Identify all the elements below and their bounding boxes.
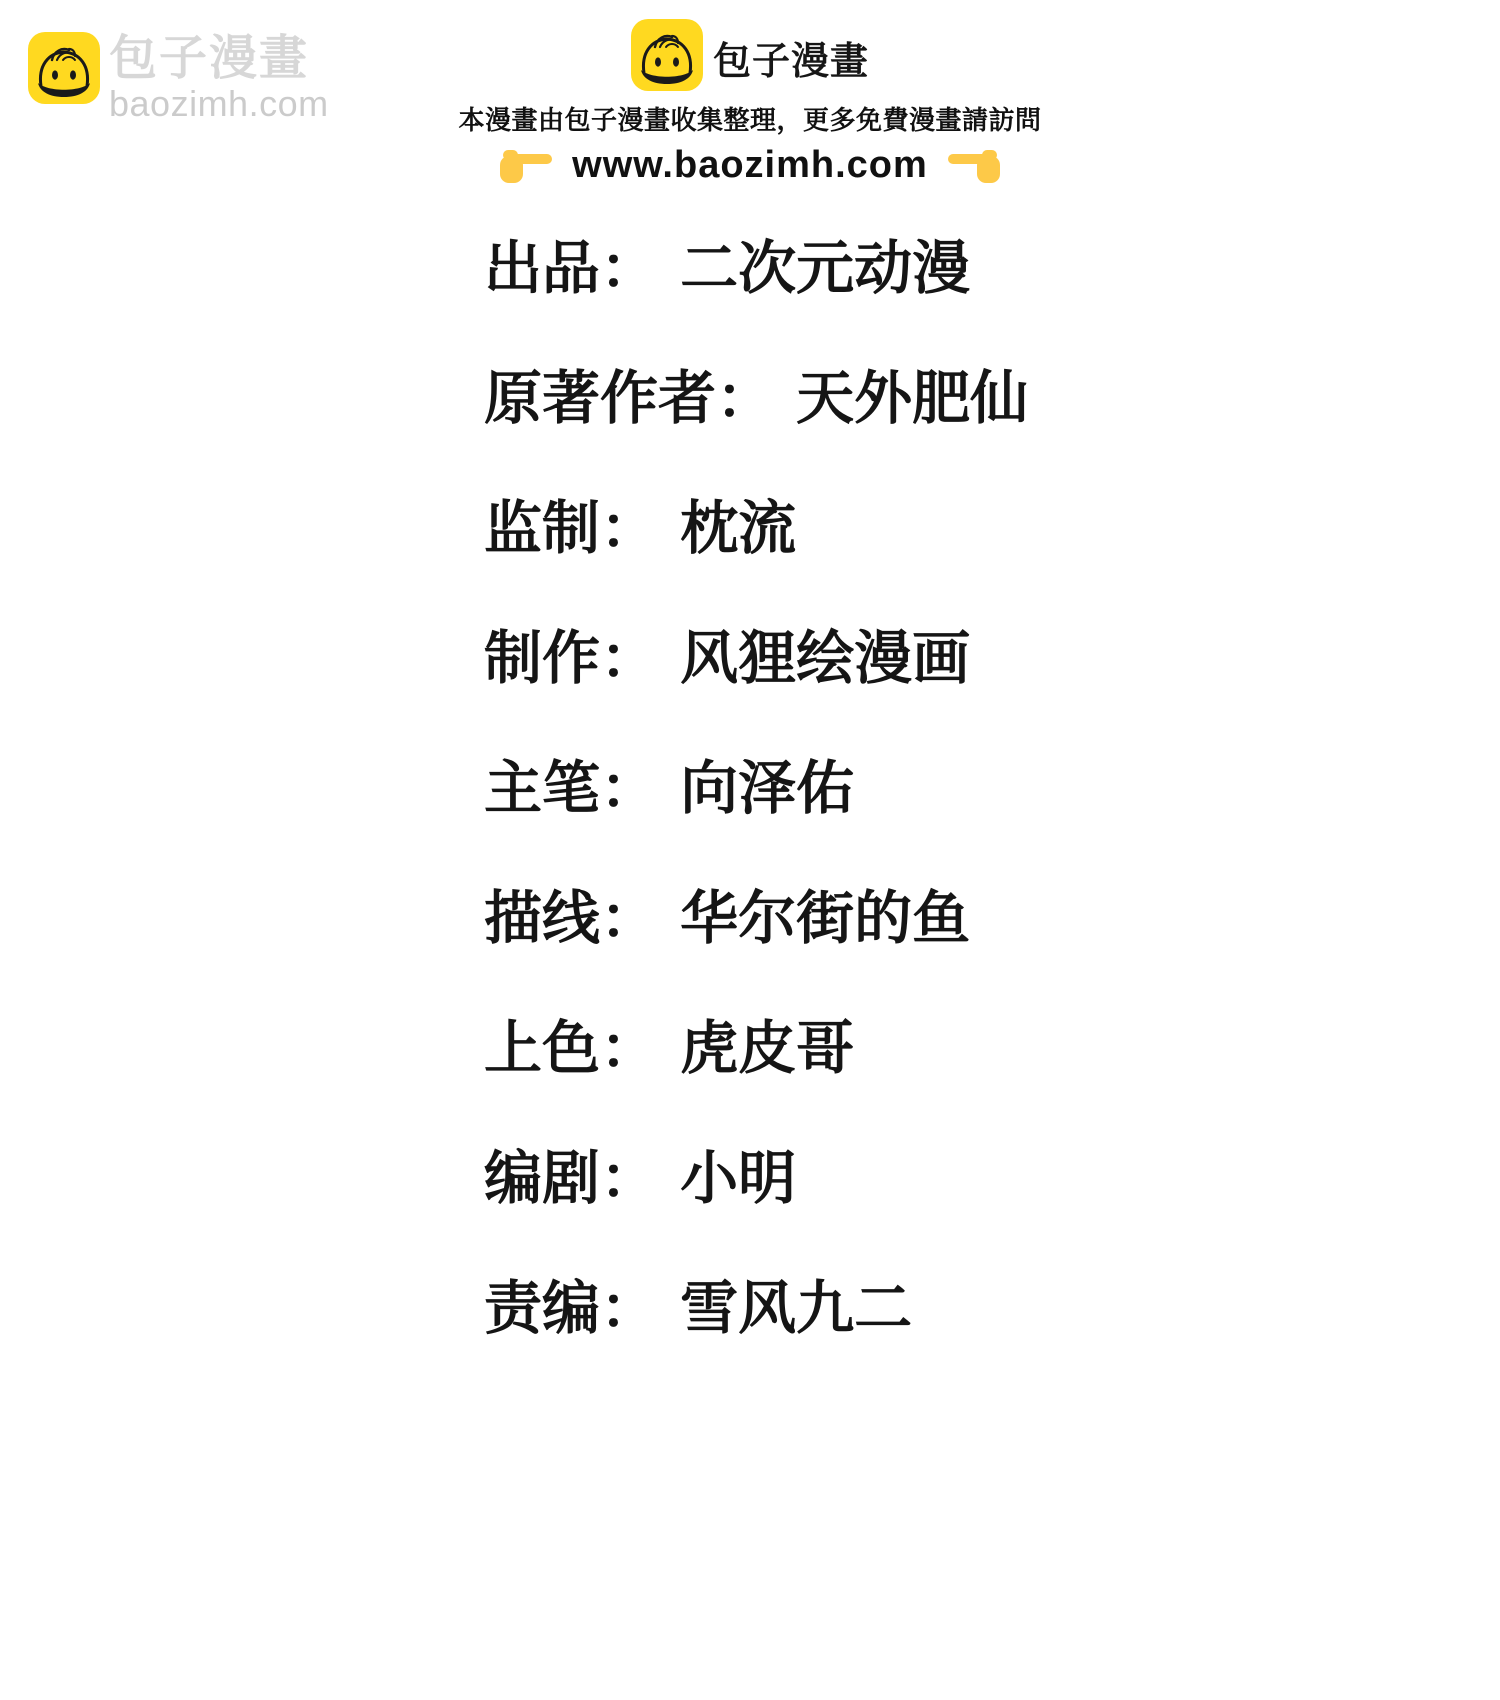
- credit-label: 编剧: [484, 1131, 600, 1215]
- credit-label: 上色: [484, 1001, 600, 1085]
- credit-row-supervisor: 监制：枕流: [484, 458, 1028, 588]
- baozi-bun-icon: [631, 19, 703, 96]
- credit-row-producer: 出品：二次元动漫: [484, 198, 1028, 328]
- credits-list: 出品：二次元动漫 原著作者：天外肥仙 监制：枕流 制作：风狸绘漫画 主笔：向泽佑…: [484, 198, 1028, 1368]
- credit-name: 虎皮哥: [680, 1001, 854, 1085]
- credit-name: 雪风九二: [680, 1261, 912, 1345]
- credit-colon: ：: [600, 1261, 658, 1345]
- credit-name: 向泽佑: [680, 741, 854, 825]
- credit-label: 责编: [484, 1261, 600, 1345]
- credit-colon: ：: [600, 481, 658, 565]
- credit-name: 枕流: [680, 481, 796, 565]
- credit-colon: ：: [600, 1001, 658, 1085]
- credit-colon: ：: [716, 351, 774, 435]
- credit-row-production: 制作：风狸绘漫画: [484, 588, 1028, 718]
- credit-name: 天外肥仙: [796, 351, 1028, 435]
- credit-name: 风狸绘漫画: [680, 611, 970, 695]
- credit-label: 出品: [484, 221, 600, 305]
- credit-colon: ：: [600, 1131, 658, 1215]
- credit-colon: ：: [600, 741, 658, 825]
- site-title: 包子漫畫: [713, 30, 869, 85]
- credit-row-original-author: 原著作者：天外肥仙: [484, 328, 1028, 458]
- credit-name: 华尔街的鱼: [680, 871, 970, 955]
- credit-name: 小明: [680, 1131, 796, 1215]
- manga-credits-page: 包子漫畫 baozimh.com 包子漫畫 本漫畫由包: [0, 0, 1500, 1700]
- credit-name: 二次元动漫: [680, 221, 970, 305]
- credit-colon: ：: [600, 611, 658, 695]
- credit-row-lead-artist: 主笔：向泽佑: [484, 718, 1028, 848]
- site-logo-row: 包子漫畫: [0, 20, 1500, 94]
- credit-label: 制作: [484, 611, 600, 695]
- pointing-left-hand-icon: [946, 143, 1002, 187]
- pointing-right-hand-icon: [498, 143, 554, 187]
- credit-row-editor: 责编：雪风九二: [484, 1238, 1028, 1368]
- credit-label: 描线: [484, 871, 600, 955]
- credit-row-lineart: 描线：华尔街的鱼: [484, 848, 1028, 978]
- url-banner: www.baozimh.com: [0, 138, 1500, 192]
- credit-label: 原著作者: [484, 351, 716, 435]
- credit-colon: ：: [600, 221, 658, 305]
- credit-label: 监制: [484, 481, 600, 565]
- site-url: www.baozimh.com: [572, 144, 928, 187]
- credit-row-coloring: 上色：虎皮哥: [484, 978, 1028, 1108]
- credit-row-screenwriter: 编剧：小明: [484, 1108, 1028, 1238]
- collection-notice: 本漫畫由包子漫畫收集整理，更多免費漫畫請訪問: [0, 103, 1500, 137]
- credit-colon: ：: [600, 871, 658, 955]
- credit-label: 主笔: [484, 741, 600, 825]
